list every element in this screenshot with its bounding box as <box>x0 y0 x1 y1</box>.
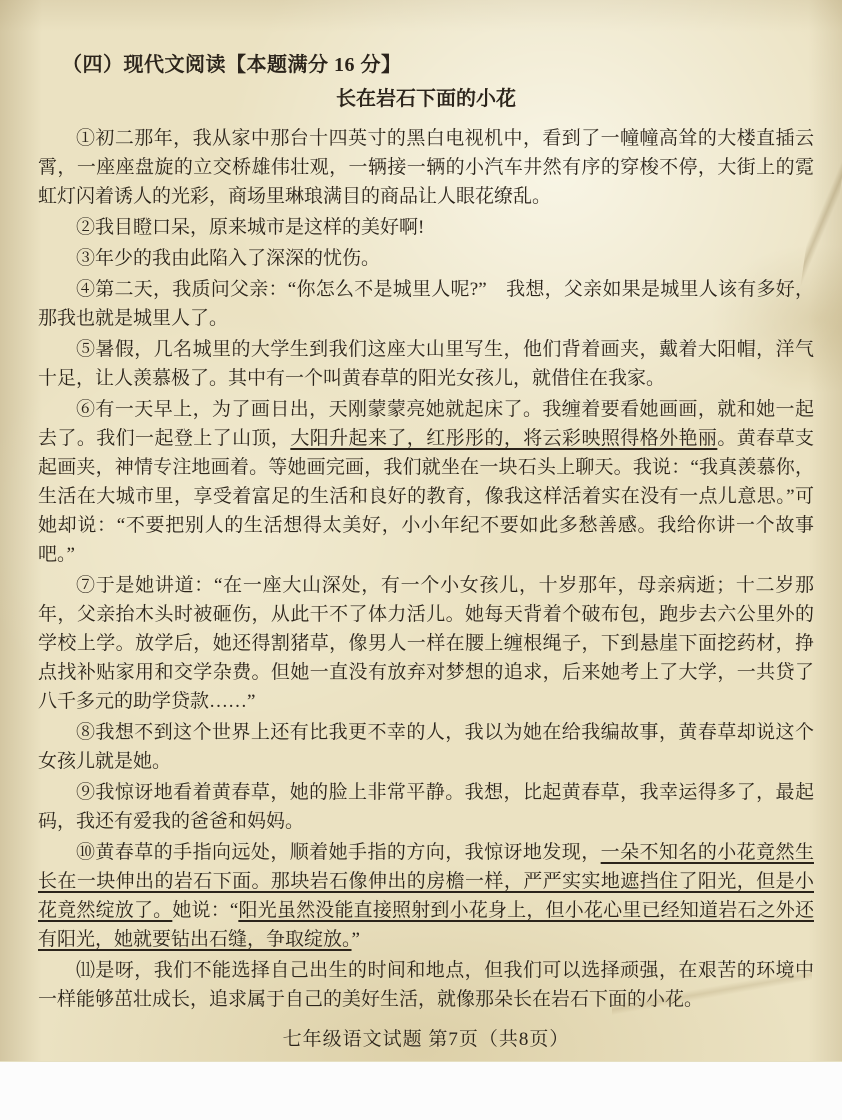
underlined-text: 大阳升起来了，红彤彤的，将云彩映照得格外艳丽 <box>290 428 717 449</box>
passage-text: ⑨我惊讶地看着黄春草，她的脸上非常平静。我想，比起黄春草，我幸运得多了，最起码，… <box>38 782 814 832</box>
passage-text: ” <box>352 929 360 950</box>
passage-paragraph: ③年少的我由此陷入了深深的忧伤。 <box>38 244 814 273</box>
passage-paragraph: ⑤暑假，几名城里的大学生到我们这座大山里写生，他们背着画夹，戴着大阳帽，洋气十足… <box>38 335 814 393</box>
passage-text: 她说：“ <box>172 900 238 921</box>
exam-paper: （四）现代文阅读【本题满分 16 分】 长在岩石下面的小花 ①初二那年，我从家中… <box>0 0 842 1062</box>
scanned-exam-page: （四）现代文阅读【本题满分 16 分】 长在岩石下面的小花 ①初二那年，我从家中… <box>0 0 842 1120</box>
passage-text: ③年少的我由此陷入了深深的忧伤。 <box>76 248 380 269</box>
passage-text: ⑦于是她讲道：“在一座大山深处，有一个小女孩儿，十岁那年，母亲病逝；十二岁那年，… <box>38 575 814 712</box>
passage-text: ⑩黄春草的手指向远处，顺着她手指的方向，我惊讶地发现， <box>76 842 601 863</box>
section-heading: （四）现代文阅读【本题满分 16 分】 <box>38 52 814 79</box>
passage-paragraph: ②我目瞪口呆，原来城市是这样的美好啊! <box>38 213 814 242</box>
passage-paragraph: ⑾是呀，我们不能选择自己出生的时间和地点，但我们可以选择顽强，在艰苦的环境中一样… <box>38 956 814 1014</box>
passage-paragraph: ④第二天，我质问父亲：“你怎么不是城里人呢?” 我想，父亲如果是城里人该有多好，… <box>38 275 814 333</box>
passage-text: ⑤暑假，几名城里的大学生到我们这座大山里写生，他们背着画夹，戴着大阳帽，洋气十足… <box>38 339 814 389</box>
passage-title: 长在岩石下面的小花 <box>38 86 814 113</box>
passage-text: ⑾是呀，我们不能选择自己出生的时间和地点，但我们可以选择顽强，在艰苦的环境中一样… <box>38 960 814 1010</box>
passage-paragraph: ⑧我想不到这个世界上还有比我更不幸的人，我以为她在给我编故事，黄春草却说这个女孩… <box>38 718 814 776</box>
passage-paragraph: ①初二那年，我从家中那台十四英寸的黑白电视机中，看到了一幢幢高耸的大楼直插云霄，… <box>38 124 814 211</box>
page-footer: 七年级语文试题 第7页（共8页） <box>38 1024 814 1051</box>
passage-paragraph: ⑦于是她讲道：“在一座大山深处，有一个小女孩儿，十岁那年，母亲病逝；十二岁那年，… <box>38 571 814 716</box>
passage-paragraph: ⑨我惊讶地看着黄春草，她的脸上非常平静。我想，比起黄春草，我幸运得多了，最起码，… <box>38 778 814 836</box>
passage-text: ②我目瞪口呆，原来城市是这样的美好啊! <box>76 217 424 238</box>
passage-text: ①初二那年，我从家中那台十四英寸的黑白电视机中，看到了一幢幢高耸的大楼直插云霄，… <box>38 128 814 207</box>
passage-text: ④第二天，我质问父亲：“你怎么不是城里人呢?” 我想，父亲如果是城里人该有多好，… <box>38 279 814 329</box>
passage-paragraph: ⑥有一天早上，为了画日出，天刚蒙蒙亮她就起床了。我缠着要看她画画，就和她一起去了… <box>38 395 814 569</box>
passage-text: ⑧我想不到这个世界上还有比我更不幸的人，我以为她在给我编故事，黄春草却说这个女孩… <box>38 722 814 772</box>
passage-paragraph: ⑩黄春草的手指向远处，顺着她手指的方向，我惊讶地发现，一朵不知名的小花竟然生长在… <box>38 838 814 954</box>
scan-bottom-margin <box>0 1061 842 1120</box>
passage-body: ①初二那年，我从家中那台十四英寸的黑白电视机中，看到了一幢幢高耸的大楼直插云霄，… <box>38 124 814 1014</box>
